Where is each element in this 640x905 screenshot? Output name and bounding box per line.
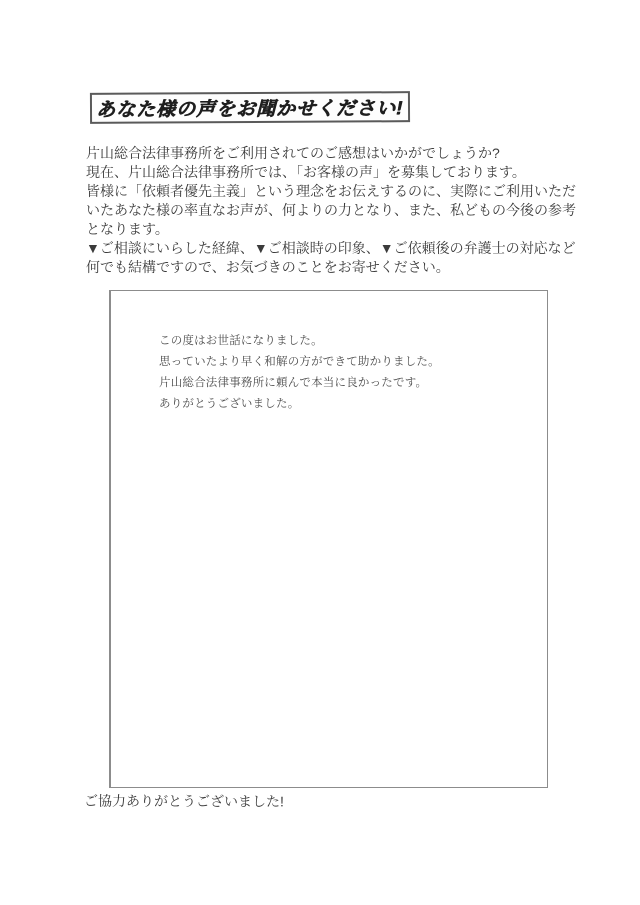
intro-line: 現在、片山総合法律事務所では、「お客様の声」を募集しております。 — [86, 163, 566, 182]
scanned-page: あなた様の声をお聞かせください! 片山総合法律事務所をご利用されてのご感想はいか… — [0, 0, 640, 905]
intro-line: いたあなた様の率直なお声が、何よりの力となり、また、私どもの今後の参考 — [86, 201, 566, 220]
intro-paragraph: 片山総合法律事務所をご利用されてのご感想はいかがでしょうか? 現在、片山総合法律… — [86, 144, 566, 277]
page-title: あなた様の声をお聞かせください! — [96, 93, 404, 122]
comment-line: ありがとうございました。 — [159, 394, 440, 415]
intro-line: 皆様に「依頼者優先主義」という理念をお伝えするのに、実際にご利用いただ — [86, 182, 566, 201]
footer-thanks-text: ご協力ありがとうございました! — [84, 791, 284, 812]
customer-comment: この度はお世話になりました。 思っていたより早く和解の方ができて助かりました。 … — [159, 331, 440, 415]
comment-line: 片山総合法律事務所に頼んで本当に良かったです。 — [159, 373, 440, 394]
intro-line: ▼ご相談にいらした経緯、▼ご相談時の印象、▼ご依頼後の弁護士の対応など — [86, 239, 566, 258]
comment-line: この度はお世話になりました。 — [159, 331, 440, 352]
intro-line: 片山総合法律事務所をご利用されてのご感想はいかがでしょうか? — [86, 144, 566, 163]
header-banner: あなた様の声をお聞かせください! — [90, 91, 410, 124]
comment-line: 思っていたより早く和解の方ができて助かりました。 — [159, 352, 440, 373]
intro-line: となります。 — [86, 220, 566, 239]
intro-line: 何でも結構ですので、お気づきのことをお寄せください。 — [86, 258, 566, 277]
feedback-response-box: この度はお世話になりました。 思っていたより早く和解の方ができて助かりました。 … — [109, 290, 548, 788]
